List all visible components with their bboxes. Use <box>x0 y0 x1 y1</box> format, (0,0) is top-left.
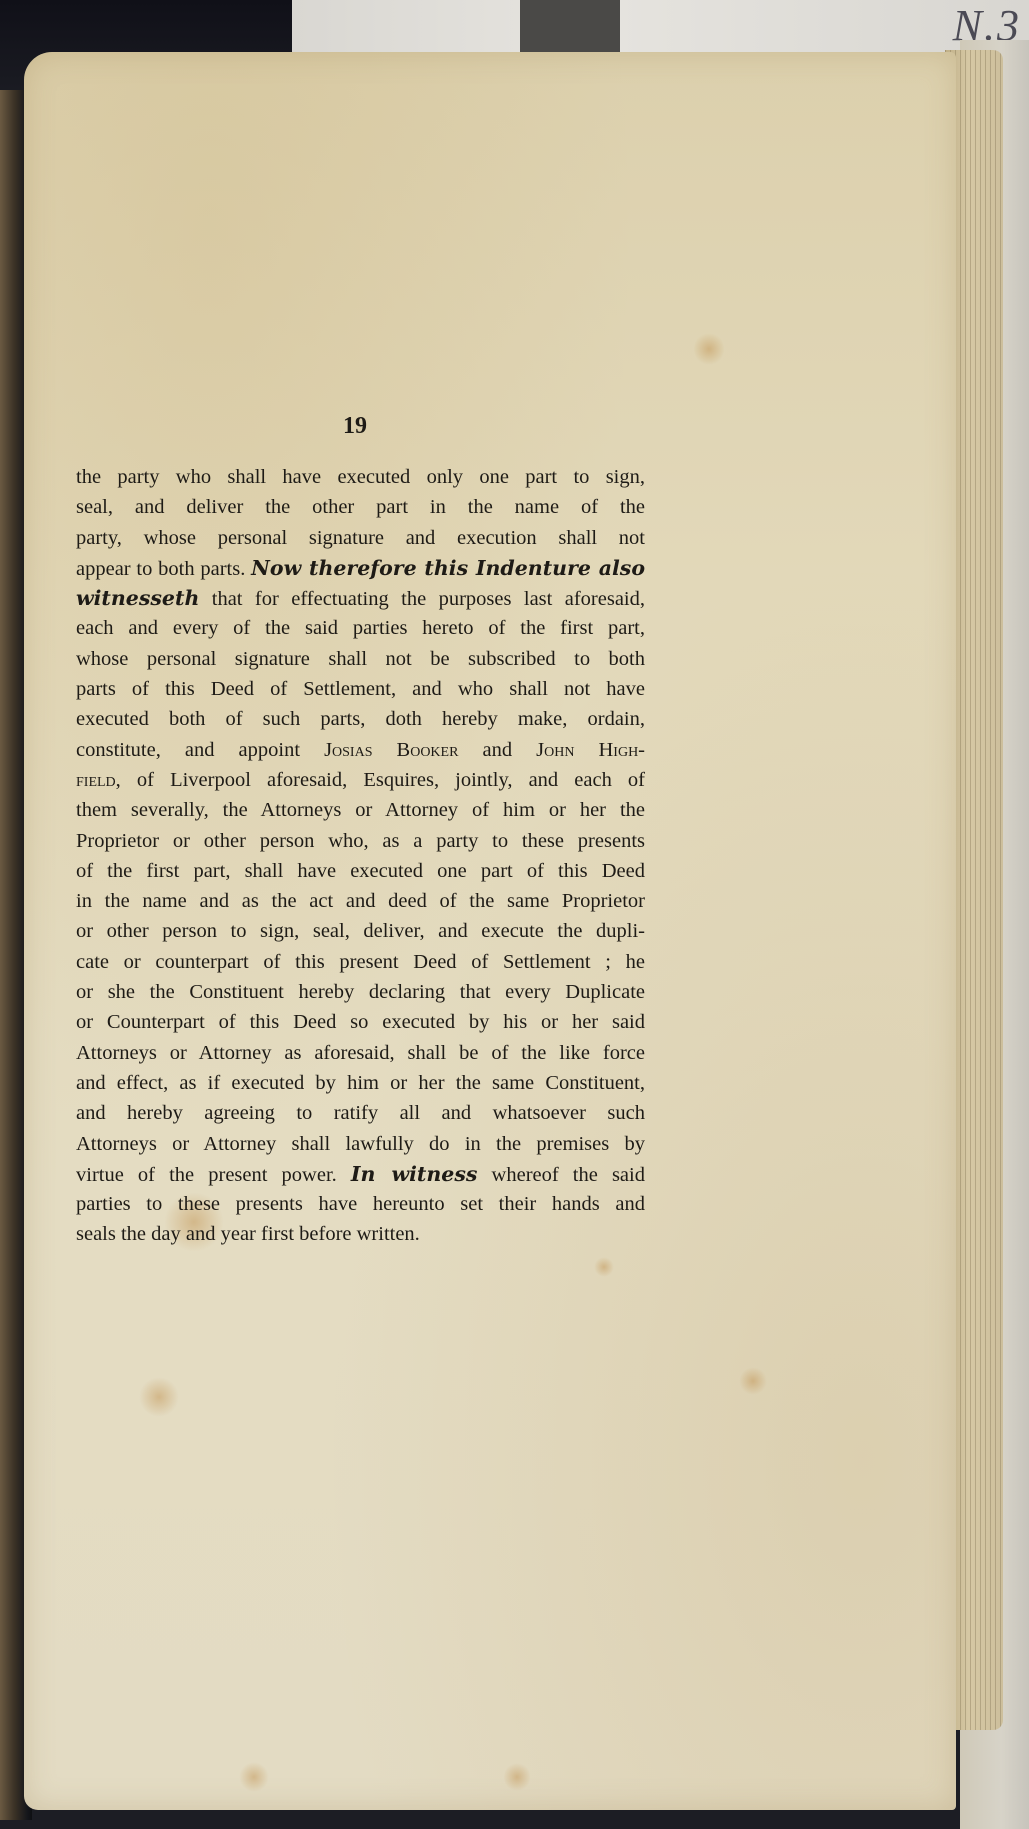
backdrop-band <box>520 0 620 52</box>
text-line: constitute, and appoint Josias Booker an… <box>76 735 645 765</box>
text-segment: or she the Constituent hereby declaring … <box>76 981 645 1003</box>
smallcaps-text: field <box>76 769 116 791</box>
text-line: witnesseth that for effectuating the pur… <box>76 583 645 613</box>
foxing-stain <box>504 1762 530 1792</box>
text-segment: cate or counterpart of this present Deed… <box>76 951 645 973</box>
text-line: party, whose personal signature and exec… <box>76 523 645 553</box>
smallcaps-text: John High- <box>536 739 645 761</box>
text-line: Attorneys or Attorney as aforesaid, shal… <box>76 1038 645 1068</box>
text-line: cate or counterpart of this present Deed… <box>76 947 645 977</box>
text-line: parties to these presents have hereunto … <box>76 1189 645 1219</box>
text-line: field, of Liverpool aforesaid, Esquires,… <box>76 765 645 795</box>
text-line: executed both of such parts, doth hereby… <box>76 704 645 734</box>
text-segment: or Counterpart of this Deed so executed … <box>76 1011 645 1033</box>
backdrop-paper <box>292 0 1029 60</box>
text-line: and effect, as if executed by him or her… <box>76 1068 645 1098</box>
foxing-stain <box>239 1762 269 1792</box>
text-line: Proprietor or other person who, as a par… <box>76 826 645 856</box>
text-segment: parties to these presents have hereunto … <box>76 1193 645 1215</box>
text-line: Attorneys or Attorney shall lawfully do … <box>76 1129 645 1159</box>
body-text: the party who shall have executed only o… <box>76 462 645 1250</box>
text-segment: and effect, as if executed by him or her… <box>76 1072 645 1094</box>
text-segment: appear to both parts. <box>76 558 251 580</box>
foxing-stain <box>739 1367 767 1395</box>
text-segment: seals the day and year first before writ… <box>76 1223 420 1245</box>
text-segment: , of Liverpool aforesaid, Esquires, join… <box>116 769 645 791</box>
foxing-stain <box>139 1377 179 1417</box>
blackletter-text: Now therefore this Indenture also <box>251 556 645 580</box>
smallcaps-text: Josias Booker <box>324 739 458 761</box>
text-segment: or other person to sign, seal, deliver, … <box>76 920 645 942</box>
text-segment: Attorneys or Attorney as aforesaid, shal… <box>76 1042 645 1064</box>
text-segment: executed both of such parts, doth hereby… <box>76 708 645 730</box>
foxing-stain <box>694 332 724 366</box>
blackletter-text: witnesseth <box>76 586 199 610</box>
text-line: or Counterpart of this Deed so executed … <box>76 1007 645 1037</box>
foxing-stain <box>594 1257 614 1277</box>
text-segment: whose personal signature shall not be su… <box>76 648 645 670</box>
text-segment: and hereby agreeing to ratify all and wh… <box>76 1102 645 1124</box>
text-line: the party who shall have executed only o… <box>76 462 645 492</box>
text-line: each and every of the said parties heret… <box>76 613 645 643</box>
text-segment: seal, and deliver the other part in the … <box>76 496 645 518</box>
text-line: virtue of the present power. In witness … <box>76 1159 645 1189</box>
text-line: seal, and deliver the other part in the … <box>76 492 645 522</box>
text-line: or she the Constituent hereby declaring … <box>76 977 645 1007</box>
text-segment: party, whose personal signature and exec… <box>76 527 645 549</box>
text-line: whose personal signature shall not be su… <box>76 644 645 674</box>
text-segment: constitute, and appoint <box>76 739 324 761</box>
blackletter-text: In witness <box>351 1162 478 1186</box>
page-number: 19 <box>343 413 367 440</box>
text-line: them severally, the Attorneys or Attorne… <box>76 795 645 825</box>
text-line: and hereby agreeing to ratify all and wh… <box>76 1098 645 1128</box>
text-segment: of the first part, shall have executed o… <box>76 860 645 882</box>
text-segment: parts of this Deed of Settlement, and wh… <box>76 678 645 700</box>
text-segment: in the name and as the act and deed of t… <box>76 890 645 912</box>
text-segment: that for effectuating the purposes last … <box>199 588 645 610</box>
text-line: or other person to sign, seal, deliver, … <box>76 916 645 946</box>
text-segment: whereof the said <box>477 1164 645 1186</box>
text-line: parts of this Deed of Settlement, and wh… <box>76 674 645 704</box>
text-segment: and <box>458 739 536 761</box>
text-line: appear to both parts. Now therefore this… <box>76 553 645 583</box>
text-line: in the name and as the act and deed of t… <box>76 886 645 916</box>
text-segment: Attorneys or Attorney shall lawfully do … <box>76 1133 645 1155</box>
text-segment: virtue of the present power. <box>76 1164 351 1186</box>
text-segment: them severally, the Attorneys or Attorne… <box>76 799 645 821</box>
text-segment: each and every of the said parties heret… <box>76 617 645 639</box>
text-line: of the first part, shall have executed o… <box>76 856 645 886</box>
text-line: seals the day and year first before writ… <box>76 1219 645 1249</box>
text-segment: Proprietor or other person who, as a par… <box>76 830 645 852</box>
text-segment: the party who shall have executed only o… <box>76 466 645 488</box>
